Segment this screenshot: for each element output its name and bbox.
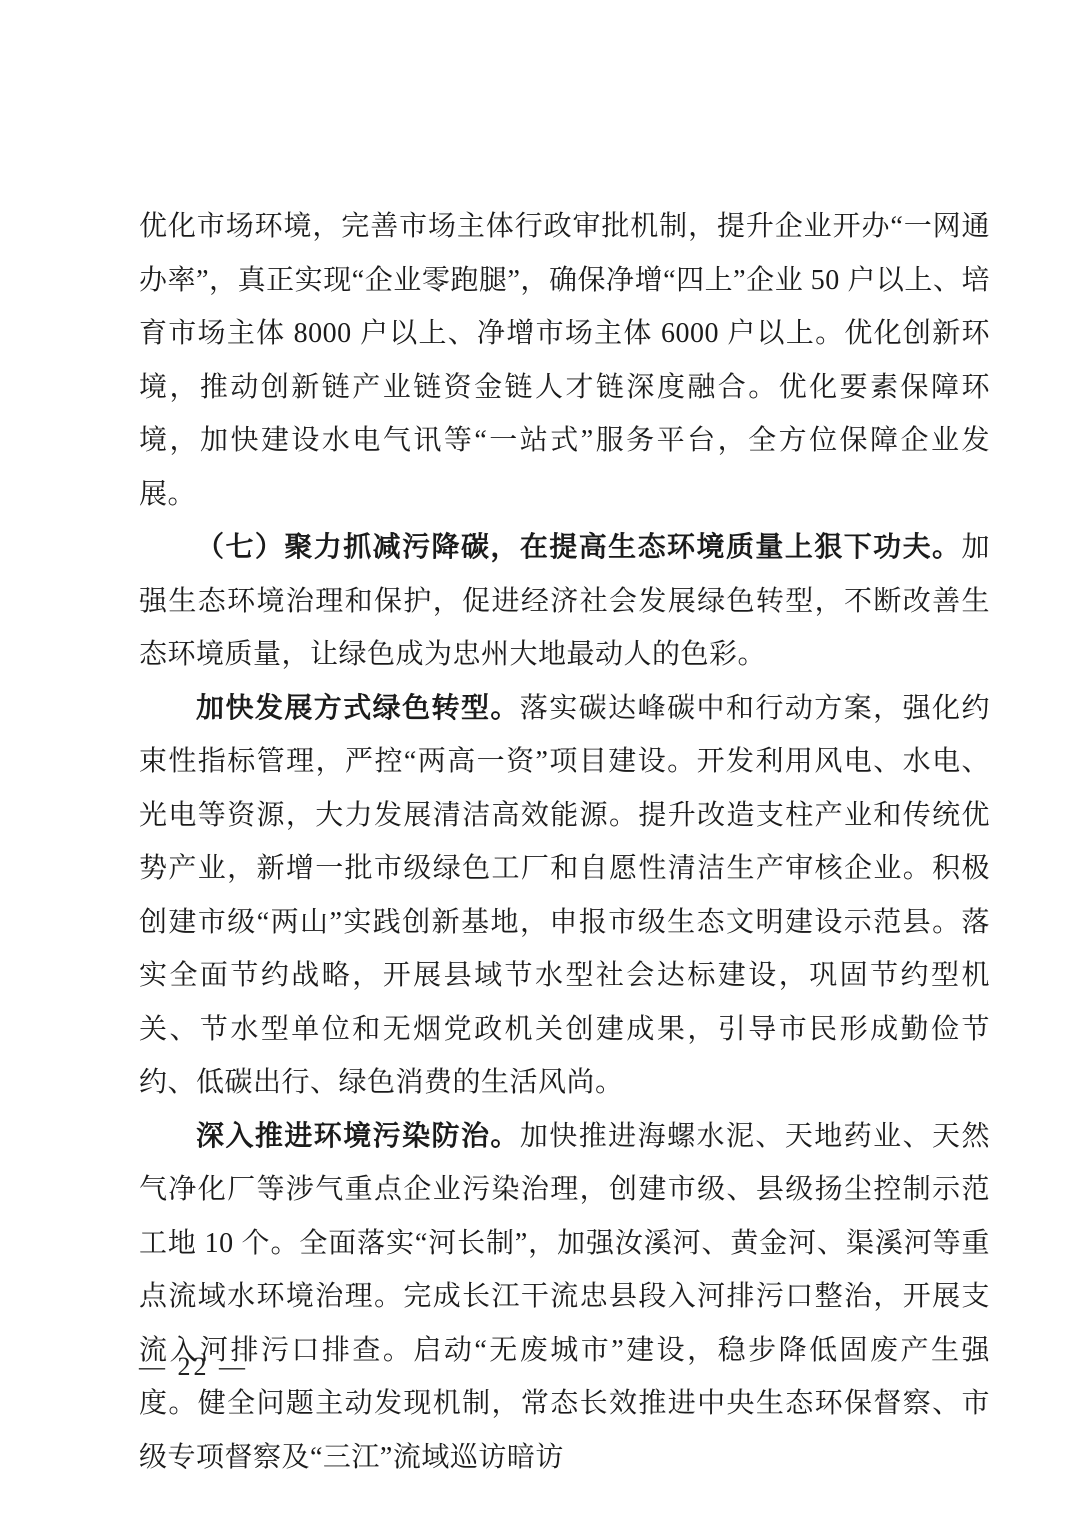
document-body: 优化市场环境，完善市场主体行政审批机制，提升企业开办“一网通办率”，真正实现“企… — [139, 200, 990, 1484]
document-page: 优化市场环境，完善市场主体行政审批机制，提升企业开办“一网通办率”，真正实现“企… — [0, 0, 1074, 1520]
section-heading-run: 加快发展方式绿色转型。 — [196, 693, 520, 724]
body-text-run: 落实碳达峰碳中和行动方案，强化约束性指标管理，严控“两高一资”项目建设。开发利用… — [139, 693, 990, 1099]
paragraph: 深入推进环境污染防治。加快推进海螺水泥、天地药业、天然气净化厂等涉气重点企业污染… — [139, 1110, 990, 1485]
body-text-run: 加快推进海螺水泥、天地药业、天然气净化厂等涉气重点企业污染治理，创建市级、县级扬… — [139, 1121, 990, 1473]
section-heading-run: （七）聚力抓减污降碳，在提高生态环境质量上狠下功夫。 — [196, 532, 961, 563]
paragraph: 加快发展方式绿色转型。落实碳达峰碳中和行动方案，强化约束性指标管理，严控“两高一… — [139, 682, 990, 1110]
paragraph: （七）聚力抓减污降碳，在提高生态环境质量上狠下功夫。加强生态环境治理和保护，促进… — [139, 521, 990, 682]
body-text-run: 优化市场环境，完善市场主体行政审批机制，提升企业开办“一网通办率”，真正实现“企… — [139, 211, 990, 510]
paragraph: 优化市场环境，完善市场主体行政审批机制，提升企业开办“一网通办率”，真正实现“企… — [139, 200, 990, 521]
section-heading-run: 深入推进环境污染防治。 — [196, 1121, 520, 1152]
page-number-footer: — 22 — — [139, 1352, 248, 1382]
